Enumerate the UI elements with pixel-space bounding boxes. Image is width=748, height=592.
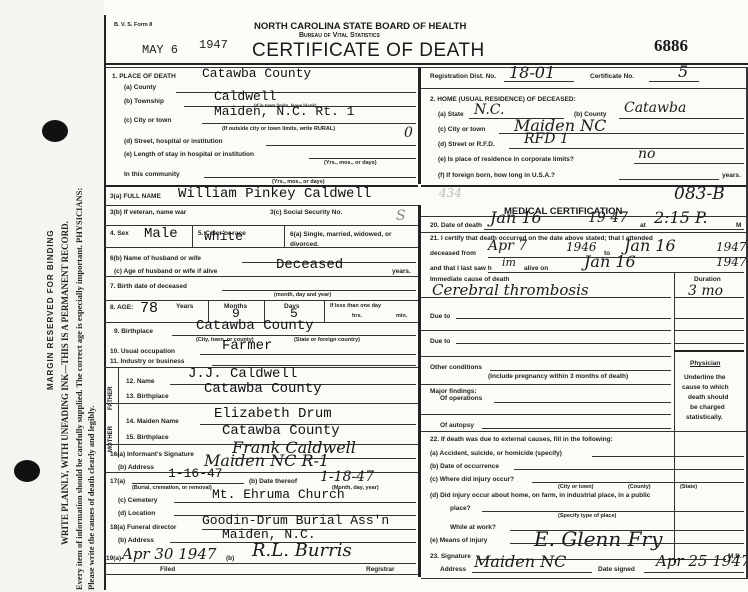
ssn-label: 3(c) Social Security No. bbox=[270, 209, 342, 216]
informant-sig-label: 16(a) Informant's Signature bbox=[110, 451, 194, 458]
physician-address-line bbox=[472, 572, 592, 573]
margin-instruction-2: Every item of information should be care… bbox=[74, 188, 84, 590]
community-label: In this community bbox=[124, 171, 180, 178]
spouse-years-label: years. bbox=[392, 268, 411, 275]
hrs-label: hrs. bbox=[352, 313, 362, 319]
medical-divider bbox=[421, 431, 748, 432]
mother-name-value[interactable]: Elizabeth Drum bbox=[214, 406, 332, 422]
other-conditions-label: Other conditions bbox=[430, 364, 482, 371]
injury-location-label: (d) Did injury occur about home, on farm… bbox=[430, 492, 650, 499]
injury-place-note: (Specify type of place) bbox=[558, 513, 616, 519]
spouse-divider bbox=[104, 276, 418, 277]
home-limits-label: (e) Is place of residence in corporate l… bbox=[438, 156, 574, 163]
race-divider bbox=[284, 225, 285, 247]
stay-note: (Yrs., mos., or days) bbox=[324, 160, 377, 166]
age-years-col: Years bbox=[176, 303, 193, 310]
home-street-value[interactable]: RFD 1 bbox=[524, 131, 569, 147]
sex-divider bbox=[192, 225, 193, 247]
occupation-value[interactable]: Farmer bbox=[222, 338, 272, 354]
physician-note-line: statistically. bbox=[686, 414, 723, 421]
ssn-mark: S bbox=[396, 208, 406, 224]
filing-line bbox=[106, 563, 416, 564]
stay-label: (e) Length of stay in hospital or instit… bbox=[124, 151, 254, 158]
county-label: (a) County bbox=[124, 84, 156, 91]
home-county-line bbox=[619, 118, 744, 119]
physician-signature[interactable]: E. Glenn Fry bbox=[534, 527, 662, 551]
death-certificate: B. V. S. Form 8 NORTH CAROLINA STATE BOA… bbox=[104, 0, 748, 592]
home-street-line bbox=[509, 148, 744, 149]
due-to-2-line bbox=[456, 343, 671, 344]
father-side-label: FATHER bbox=[108, 386, 114, 410]
city-label: (c) City or town bbox=[124, 117, 171, 124]
birth-date-label: 7. Birth date of deceased bbox=[110, 283, 187, 290]
city-note: (If outside city or town limits, write R… bbox=[222, 126, 335, 132]
date-signed-label: Date signed bbox=[598, 566, 635, 573]
physician-note-line: cause to which bbox=[682, 384, 729, 391]
registrar-caption: Registrar bbox=[366, 566, 395, 573]
injury-state-note: (State) bbox=[680, 484, 697, 490]
cert-no-line bbox=[649, 81, 699, 82]
place-street-value[interactable]: 0 bbox=[404, 125, 413, 141]
less-day-label: If less than one day bbox=[330, 303, 381, 309]
informant-address-label: (b) Address bbox=[118, 464, 154, 471]
duration-end-line bbox=[674, 350, 744, 352]
spouse-value[interactable]: Deceased bbox=[276, 257, 343, 273]
name-divider bbox=[104, 205, 418, 206]
veteran-label: 3(b) If veteran, name war bbox=[110, 209, 186, 216]
mother-side-label: MOTHER bbox=[108, 426, 114, 452]
filing-label: 19(a) bbox=[106, 555, 121, 562]
father-divider bbox=[104, 403, 418, 404]
due-to-1-divider bbox=[421, 330, 671, 331]
other-conditions-line bbox=[490, 370, 671, 371]
place-city-value[interactable]: Maiden, N.C. Rt. 1 bbox=[214, 104, 354, 119]
margin-binding-text: MARGIN RESERVED FOR BINDING bbox=[46, 229, 55, 390]
home-limits-line bbox=[634, 163, 744, 164]
occupation-line bbox=[200, 354, 416, 355]
burial-line bbox=[132, 483, 244, 484]
bureau-name: Bureau of Vital Statistics bbox=[299, 32, 380, 39]
death-date-label: 20. Date of death bbox=[430, 222, 482, 229]
certify-text: 21. I certify that death occurred on the… bbox=[430, 235, 653, 242]
full-name-label: 3(a) FULL NAME bbox=[110, 193, 161, 200]
cert-no-label: Certificate No. bbox=[590, 73, 634, 80]
last-seen-pronoun[interactable]: im bbox=[502, 256, 516, 269]
other-conditions-note: (Include pregnancy within 3 months of de… bbox=[488, 373, 628, 380]
home-city-label: (c) City or town bbox=[438, 126, 485, 133]
duration-label: Duration bbox=[694, 276, 721, 283]
place-of-death-heading: 1. PLACE OF DEATH bbox=[112, 73, 176, 80]
other-conditions-divider bbox=[421, 384, 671, 385]
injury-city-note: (City or town) bbox=[558, 484, 593, 490]
burial-date-value[interactable]: 1-16-47 bbox=[168, 466, 223, 481]
registrar-label: (b) bbox=[226, 555, 234, 562]
injury-county-note: (County) bbox=[628, 484, 651, 490]
cert-no-value[interactable]: 5 bbox=[678, 62, 688, 81]
last-seen-line bbox=[488, 272, 744, 273]
burial-date-thereof-label: (b) Date thereof bbox=[249, 478, 297, 485]
age-div-3 bbox=[324, 300, 325, 322]
home-county-value[interactable]: Catawba bbox=[624, 100, 686, 116]
physician-signature-label: 23. Signature bbox=[430, 553, 471, 560]
funeral-director-value[interactable]: Goodin-Drum Burial Ass'n bbox=[202, 513, 389, 528]
stay-line bbox=[309, 158, 416, 159]
last-seen-value[interactable]: Jan 16 bbox=[584, 252, 636, 271]
sex-label: 4. Sex bbox=[110, 230, 129, 237]
due-to-2-label: Due to bbox=[430, 338, 450, 345]
punch-hole-bottom bbox=[14, 460, 40, 482]
autopsy-label: Of autopsy bbox=[440, 422, 474, 429]
death-year-value[interactable]: 19 47 bbox=[588, 210, 628, 226]
funeral-director-label: 18(a) Funeral director bbox=[110, 524, 176, 531]
cemetery-line bbox=[174, 502, 416, 503]
injury-place-type-line bbox=[482, 511, 744, 512]
death-time-value[interactable]: 2:15 P. bbox=[654, 208, 708, 227]
reg-dist-label: Registration Dist. No. bbox=[430, 73, 496, 80]
column-divider-bottom bbox=[418, 205, 421, 577]
attended-to-year[interactable]: 1947 bbox=[716, 240, 747, 254]
death-m-label: M bbox=[736, 222, 741, 229]
header-divider-thin bbox=[104, 67, 748, 68]
occurrence-date-label: (b) Date of occurrence bbox=[430, 463, 499, 470]
external-causes-heading: 22. If death was due to external causes,… bbox=[430, 436, 613, 443]
race-value[interactable]: White bbox=[204, 229, 243, 244]
age-years-value[interactable]: 78 bbox=[140, 300, 158, 317]
margin-instruction-1: WRITE PLAINLY, WITH UNFADING INK—THIS IS… bbox=[60, 221, 70, 545]
accident-label: (a) Accident, suicide, or homicide (spec… bbox=[430, 450, 562, 457]
mother-birthplace-label: 15. Birthplace bbox=[126, 434, 169, 441]
cemetery-value[interactable]: Mt. Ehruma Church bbox=[212, 487, 345, 502]
attended-from-label: deceased from bbox=[430, 250, 476, 257]
city-line bbox=[202, 123, 416, 124]
operations-divider bbox=[421, 414, 671, 415]
father-name-label: 12. Name bbox=[126, 378, 155, 385]
received-stamp-date: MAY 6 bbox=[142, 43, 178, 57]
township-label: (b) Township bbox=[124, 98, 164, 105]
funeral-address-label: (b) Address bbox=[118, 537, 154, 544]
operations-line bbox=[494, 402, 671, 403]
informant-address-value[interactable]: Maiden NC R-1 bbox=[204, 451, 329, 470]
burial-date-thereof-value[interactable]: 1-18-47 bbox=[320, 469, 374, 485]
home-state-label: (a) State bbox=[438, 111, 464, 118]
place-county-value[interactable]: Catawba County bbox=[202, 66, 311, 81]
sex-row-divider bbox=[104, 247, 418, 248]
sex-value[interactable]: Male bbox=[144, 226, 178, 242]
document-title: CERTIFICATE OF DEATH bbox=[252, 40, 485, 62]
father-birthplace-label: 13. Birthplace bbox=[126, 393, 169, 400]
physician-note-line: Underline the bbox=[684, 374, 726, 381]
min-label: min. bbox=[396, 313, 407, 319]
physician-note-line: death should bbox=[688, 394, 728, 401]
location-label: (d) Location bbox=[118, 510, 155, 517]
duration-line-4 bbox=[674, 343, 744, 344]
means-of-injury-label: (e) Means of injury bbox=[430, 537, 487, 544]
street-label: (d) Street, hospital or institution bbox=[124, 138, 223, 145]
attended-from-value[interactable]: Apr 7 bbox=[488, 238, 527, 254]
industry-label: 11. Industry or business bbox=[110, 358, 184, 365]
date-signed-value[interactable]: Apr 25 1947 bbox=[656, 552, 748, 570]
punch-hole-top bbox=[42, 120, 68, 142]
home-years-label: years. bbox=[722, 172, 741, 179]
file-mark: 083-B bbox=[674, 184, 725, 204]
date-signed-line bbox=[644, 572, 744, 573]
duration-column-divider bbox=[674, 273, 675, 563]
header-divider bbox=[104, 63, 748, 65]
filed-date-value[interactable]: Apr 30 1947 bbox=[122, 545, 216, 563]
death-date-line bbox=[484, 229, 744, 230]
home-street-label: (d) Street or R.F.D. bbox=[438, 141, 495, 148]
faint-mark: 434 bbox=[439, 186, 462, 200]
spouse-age-label: (c) Age of husband or wife if alive bbox=[114, 268, 217, 275]
operations-label: Of operations bbox=[440, 395, 482, 402]
registrar-signature[interactable]: R.L. Burris bbox=[252, 540, 352, 561]
full-name-value[interactable]: William Pinkey Caldwell bbox=[178, 186, 371, 202]
birthplace-value[interactable]: Catawba County bbox=[196, 318, 314, 334]
duration-line-2 bbox=[674, 318, 744, 319]
spouse-label: 6(b) Name of husband or wife bbox=[110, 255, 201, 262]
burial-label: 17(a) bbox=[110, 478, 125, 485]
death-date-value[interactable]: Jan 16 bbox=[490, 208, 542, 227]
father-name-value[interactable]: J.J. Caldwell bbox=[188, 366, 297, 382]
cause-line bbox=[421, 297, 671, 298]
autopsy-line bbox=[482, 428, 671, 429]
binding-margin: MARGIN RESERVED FOR BINDING WRITE PLAINL… bbox=[0, 0, 104, 592]
death-date-divider bbox=[421, 232, 748, 233]
margin-instruction-3: Please write the causes of death clearly… bbox=[86, 406, 96, 590]
agency-name: NORTH CAROLINA STATE BOARD OF HEALTH bbox=[254, 21, 466, 32]
duration-line-3 bbox=[674, 330, 744, 331]
death-at-label: at bbox=[640, 222, 646, 229]
column-divider-top bbox=[418, 67, 421, 184]
age-label: 8. AGE: bbox=[110, 304, 133, 311]
last-seen-label: and that I last saw h bbox=[430, 265, 492, 272]
bottom-border-left bbox=[104, 574, 418, 575]
duration-line-1 bbox=[674, 297, 744, 298]
occupation-label: 10. Usual occupation bbox=[110, 348, 175, 355]
injury-place-line bbox=[532, 482, 744, 483]
street-line bbox=[266, 145, 416, 146]
birthplace-line bbox=[172, 335, 416, 336]
bottom-border-right bbox=[421, 578, 748, 579]
birthplace-label: 9. Birthplace bbox=[114, 328, 153, 335]
physician-address-value[interactable]: Maiden NC bbox=[474, 552, 566, 571]
home-limits-value[interactable]: no bbox=[638, 146, 655, 162]
major-findings-label: Major findings: bbox=[430, 388, 477, 395]
due-to-2-divider bbox=[421, 356, 671, 357]
reg-dist-value[interactable]: 18-01 bbox=[509, 63, 555, 82]
physician-address-label: Address bbox=[440, 566, 466, 573]
burial-note: (Burial, cremation, or removal) bbox=[132, 485, 212, 491]
cemetery-label: (c) Cemetery bbox=[118, 497, 157, 504]
reg-divider bbox=[421, 88, 748, 89]
occurrence-date-line bbox=[514, 469, 744, 470]
mother-birthplace-value[interactable]: Catawba County bbox=[222, 423, 340, 439]
form-id: B. V. S. Form 8 bbox=[114, 22, 152, 28]
physician-note-title: Physician bbox=[690, 360, 720, 367]
physician-note-line: be charged bbox=[690, 404, 725, 411]
last-seen-year[interactable]: 1947 bbox=[716, 255, 747, 269]
accident-line bbox=[592, 456, 744, 457]
received-stamp-year: 1947 bbox=[199, 38, 228, 52]
community-line bbox=[204, 177, 416, 178]
county-line bbox=[176, 92, 416, 93]
mother-name-label: 14. Maiden Name bbox=[126, 418, 179, 425]
place-township-value[interactable]: Caldwell bbox=[214, 89, 276, 104]
father-birthplace-value[interactable]: Catawba County bbox=[204, 381, 322, 397]
birthplace-note-state: (State or foreign country) bbox=[294, 337, 360, 343]
injury-place-label: (c) Where did injury occur? bbox=[430, 476, 514, 483]
due-to-1-label: Due to bbox=[430, 313, 450, 320]
due-to-1-line bbox=[456, 318, 671, 319]
home-foreign-line bbox=[619, 179, 719, 180]
injury-place-q-label: place? bbox=[450, 505, 471, 512]
birth-date-note: (month, day and year) bbox=[274, 292, 331, 298]
filed-caption: Filed bbox=[160, 566, 175, 573]
birth-date-line bbox=[222, 290, 416, 291]
home-foreign-label: (f) If foreign born, how long in U.S.A.? bbox=[438, 172, 555, 179]
home-state-value[interactable]: N.C. bbox=[474, 102, 504, 118]
serial-number: 6886 bbox=[654, 36, 688, 56]
at-work-label: While at work? bbox=[450, 524, 496, 531]
alive-on-label: alive on bbox=[524, 265, 548, 272]
